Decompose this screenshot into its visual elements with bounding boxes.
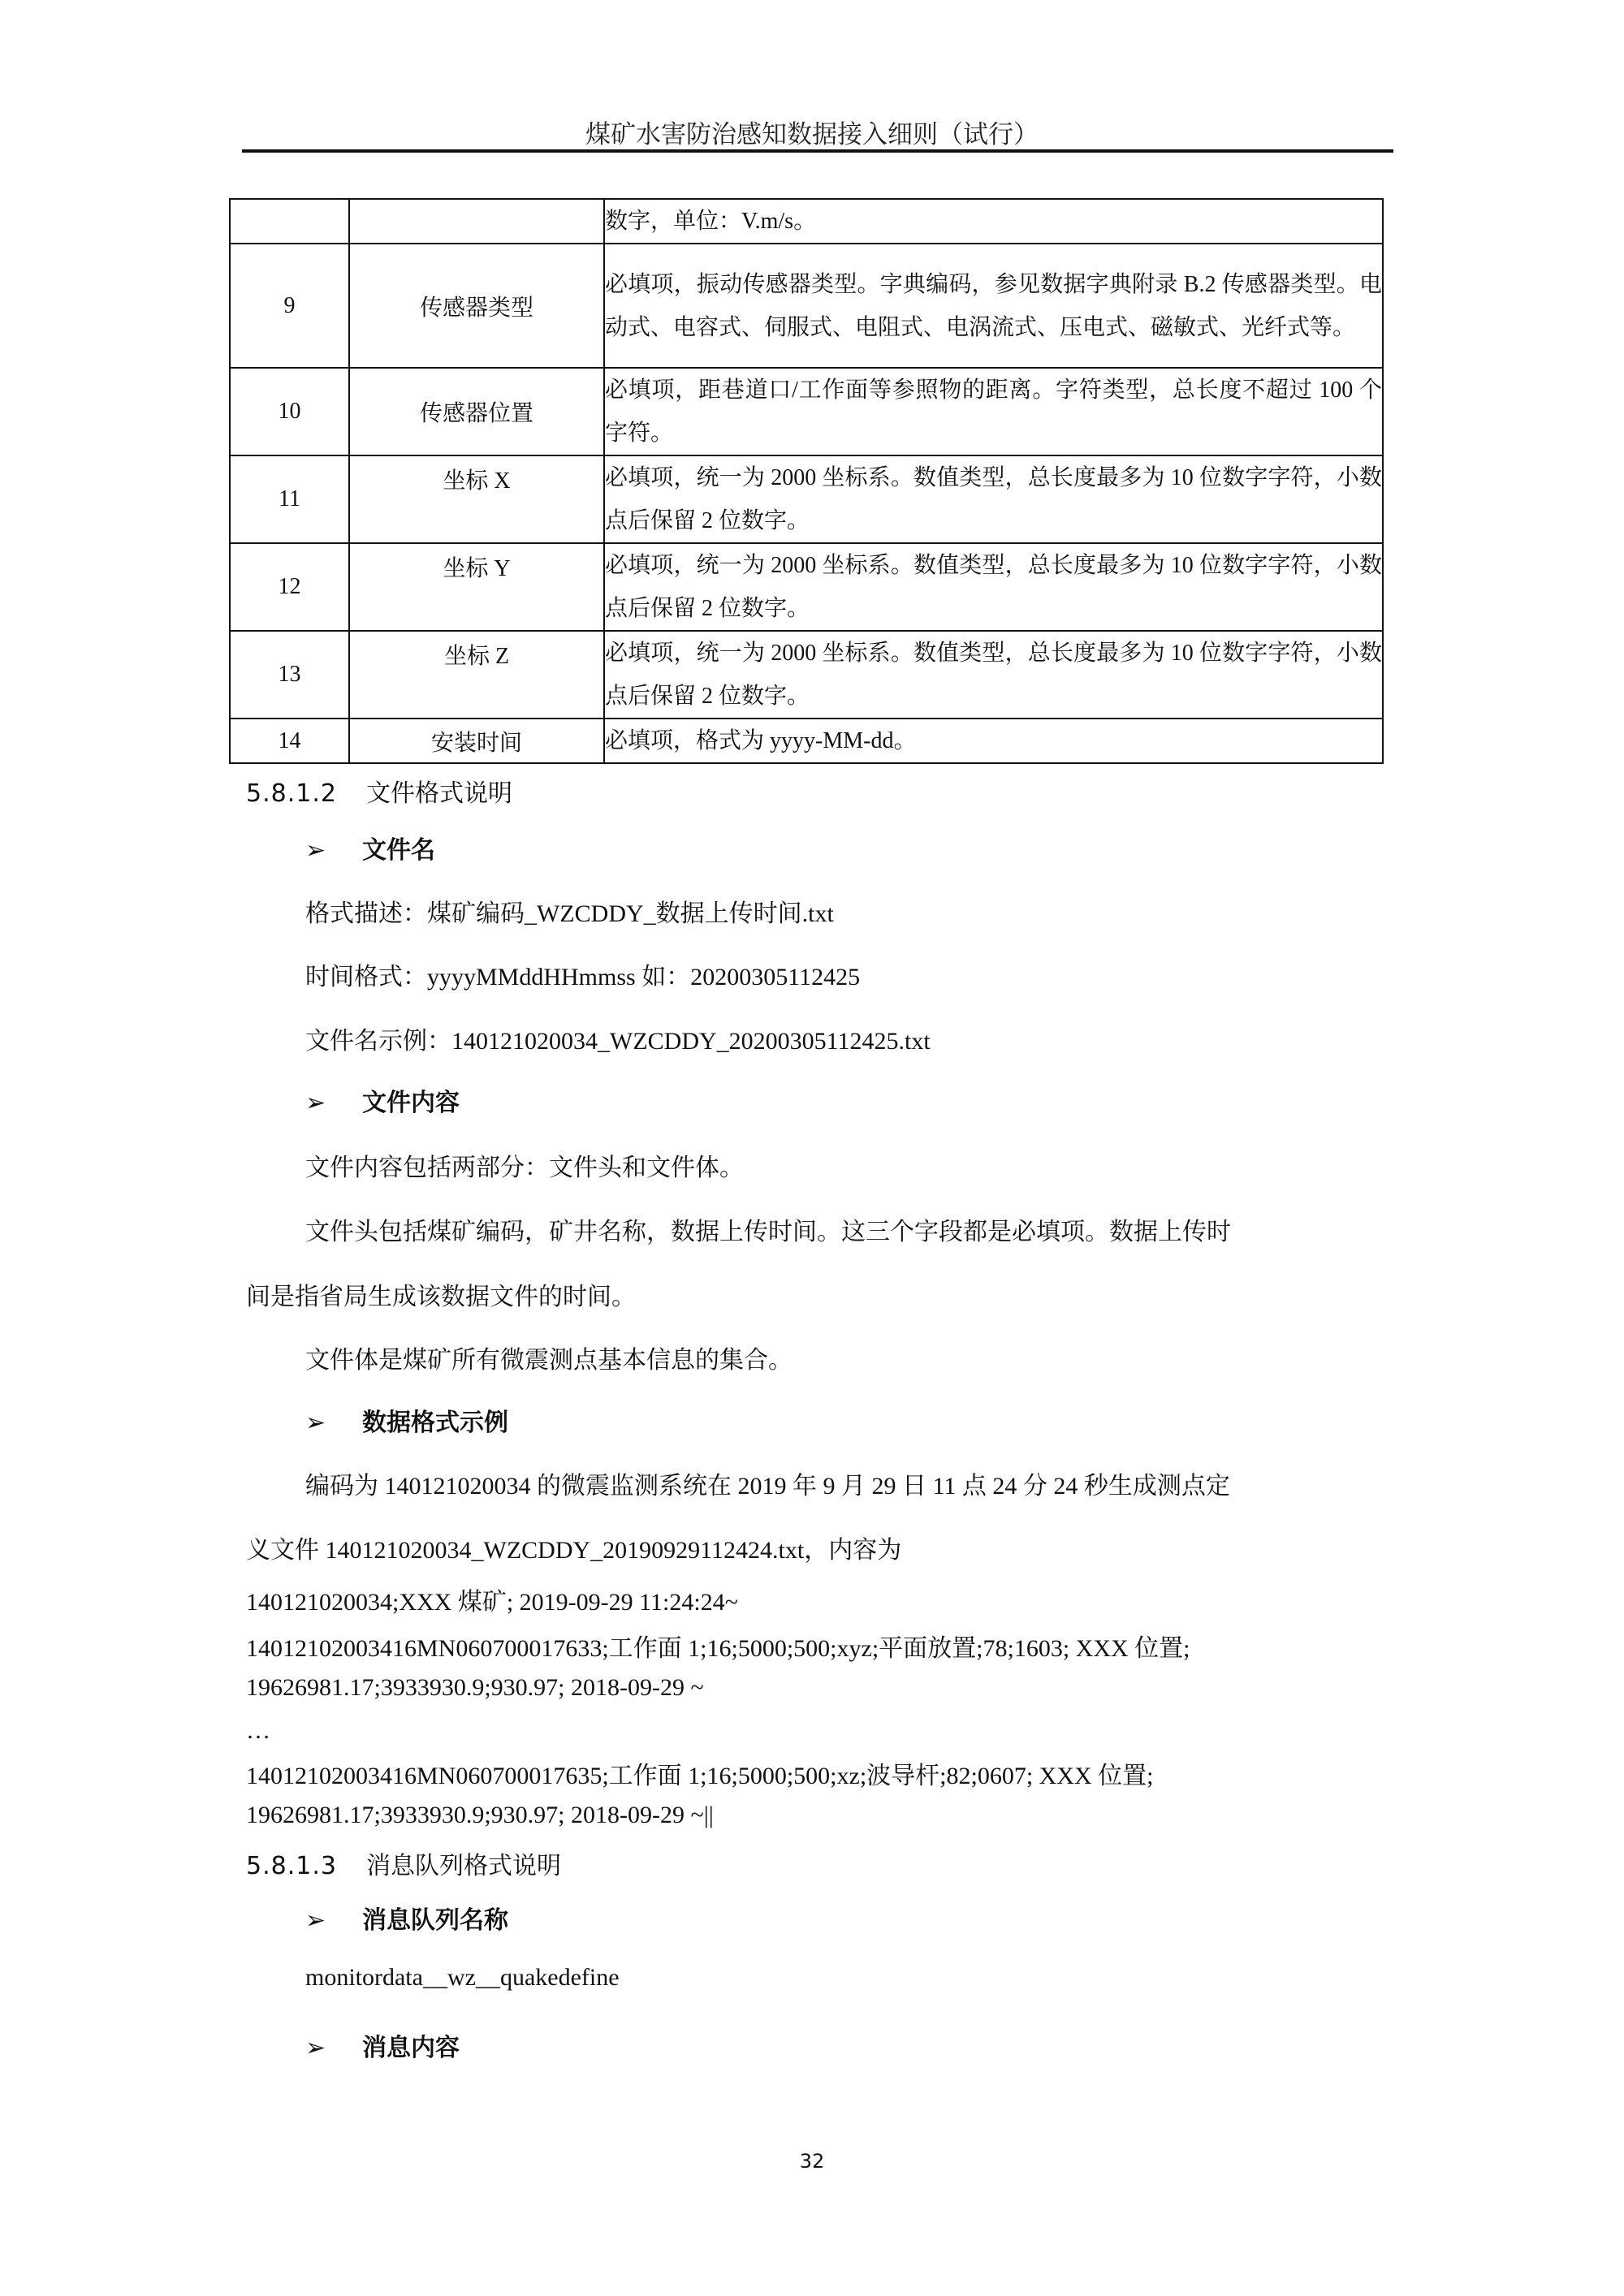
header-rule — [242, 149, 1393, 153]
section-number: 5.8.1.3 — [246, 1852, 366, 1880]
cell-name: 传感器类型 — [349, 244, 604, 368]
subheading-label: 文件名 — [362, 836, 435, 865]
cell-name: 坐标 X — [349, 455, 604, 543]
subheading-label: 消息队列名称 — [362, 1906, 508, 1935]
cell-desc: 必填项，统一为 2000 坐标系。数值类型，总长度最多为 10 位数字字符，小数… — [604, 543, 1383, 631]
time-format: 时间格式：yyyyMMddHHmmss 如：20200305112425 — [305, 956, 860, 992]
subheading-file-content: ➢文件内容 — [305, 1082, 460, 1118]
arrow-bullet-icon: ➢ — [305, 1906, 362, 1935]
example-line: 140121020034;XXX 煤矿; 2019-09-29 11:24:24… — [246, 1582, 738, 1617]
section-number: 5.8.1.2 — [246, 779, 366, 808]
cell-no: 14 — [230, 719, 349, 763]
table-row: 14 安装时间 必填项，格式为 yyyy-MM-dd。 — [230, 719, 1383, 763]
section-heading-5813: 5.8.1.3消息队列格式说明 — [246, 1845, 561, 1881]
arrow-bullet-icon: ➢ — [305, 2034, 362, 2062]
cell-no: 12 — [230, 543, 349, 631]
table-row: 12 坐标 Y 必填项，统一为 2000 坐标系。数值类型，总长度最多为 10 … — [230, 543, 1383, 631]
cell-name: 坐标 Z — [349, 631, 604, 719]
cell-no: 11 — [230, 455, 349, 543]
arrow-bullet-icon: ➢ — [305, 1409, 362, 1437]
example-line: 14012102003416MN060700017633;工作面 1;16;50… — [246, 1628, 1190, 1664]
cell-name: 安装时间 — [349, 719, 604, 763]
table-row: 11 坐标 X 必填项，统一为 2000 坐标系。数值类型，总长度最多为 10 … — [230, 455, 1383, 543]
cell-desc: 必填项，格式为 yyyy-MM-dd。 — [604, 719, 1383, 763]
section-heading-5812: 5.8.1.2文件格式说明 — [246, 773, 512, 809]
cell-name: 坐标 Y — [349, 543, 604, 631]
cell-desc: 数字，单位：V.m/s。 — [604, 199, 1383, 244]
table-row: 13 坐标 Z 必填项，统一为 2000 坐标系。数值类型，总长度最多为 10 … — [230, 631, 1383, 719]
cell-name: 传感器位置 — [349, 368, 604, 455]
subheading-label: 消息内容 — [362, 2034, 460, 2062]
field-spec-table: 数字，单位：V.m/s。 9 传感器类型 必填项，振动传感器类型。字典编码，参见… — [229, 198, 1384, 764]
section-title: 消息队列格式说明 — [366, 1852, 561, 1880]
format-description: 格式描述：煤矿编码_WZCDDY_数据上传时间.txt — [305, 893, 834, 929]
paragraph: 编码为 140121020034 的微震监测系统在 2019 年 9 月 29 … — [305, 1465, 1230, 1501]
cell-desc: 必填项，统一为 2000 坐标系。数值类型，总长度最多为 10 位数字字符，小数… — [604, 631, 1383, 719]
example-line: 14012102003416MN060700017635;工作面 1;16;50… — [246, 1755, 1154, 1791]
running-header-title: 煤矿水害防治感知数据接入细则（试行） — [0, 114, 1624, 150]
cell-name — [349, 199, 604, 244]
paragraph: 文件内容包括两部分：文件头和文件体。 — [305, 1147, 744, 1183]
table-row: 10 传感器位置 必填项，距巷道口/工作面等参照物的距离。字符类型，总长度不超过… — [230, 368, 1383, 455]
cell-no — [230, 199, 349, 244]
subheading-queue-name: ➢消息队列名称 — [305, 1900, 508, 1936]
cell-no: 10 — [230, 368, 349, 455]
subheading-message-content: ➢消息内容 — [305, 2027, 460, 2063]
cell-no: 13 — [230, 631, 349, 719]
subheading-label: 文件内容 — [362, 1089, 460, 1117]
page-number: 32 — [0, 2150, 1624, 2173]
arrow-bullet-icon: ➢ — [305, 836, 362, 865]
cell-no: 9 — [230, 244, 349, 368]
cell-desc: 必填项，距巷道口/工作面等参照物的距离。字符类型，总长度不超过 100 个字符。 — [604, 368, 1383, 455]
subheading-file-name: ➢文件名 — [305, 830, 435, 865]
subheading-data-example: ➢数据格式示例 — [305, 1402, 508, 1438]
cell-desc: 必填项，振动传感器类型。字典编码，参见数据字典附录 B.2 传感器类型。电动式、… — [604, 244, 1383, 368]
queue-name-value: monitordata__wz__quakedefine — [305, 1964, 620, 1992]
example-line: 19626981.17;3933930.9;930.97; 2018-09-29… — [246, 1802, 714, 1829]
cell-desc: 必填项，统一为 2000 坐标系。数值类型，总长度最多为 10 位数字字符，小数… — [604, 455, 1383, 543]
paragraph: 文件体是煤矿所有微震测点基本信息的集合。 — [305, 1340, 793, 1375]
example-line: … — [246, 1717, 270, 1745]
section-title: 文件格式说明 — [366, 779, 512, 808]
table-row: 数字，单位：V.m/s。 — [230, 199, 1383, 244]
example-line: 19626981.17;3933930.9;930.97; 2018-09-29… — [246, 1674, 704, 1702]
file-name-example: 文件名示例：140121020034_WZCDDY_20200305112425… — [305, 1021, 931, 1056]
paragraph: 间是指省局生成该数据文件的时间。 — [246, 1276, 636, 1312]
paragraph: 义文件 140121020034_WZCDDY_20190929112424.t… — [246, 1530, 901, 1565]
paragraph: 文件头包括煤矿编码，矿井名称，数据上传时间。这三个字段都是必填项。数据上传时 — [305, 1211, 1231, 1247]
subheading-label: 数据格式示例 — [362, 1409, 508, 1437]
table-row: 9 传感器类型 必填项，振动传感器类型。字典编码，参见数据字典附录 B.2 传感… — [230, 244, 1383, 368]
arrow-bullet-icon: ➢ — [305, 1089, 362, 1117]
